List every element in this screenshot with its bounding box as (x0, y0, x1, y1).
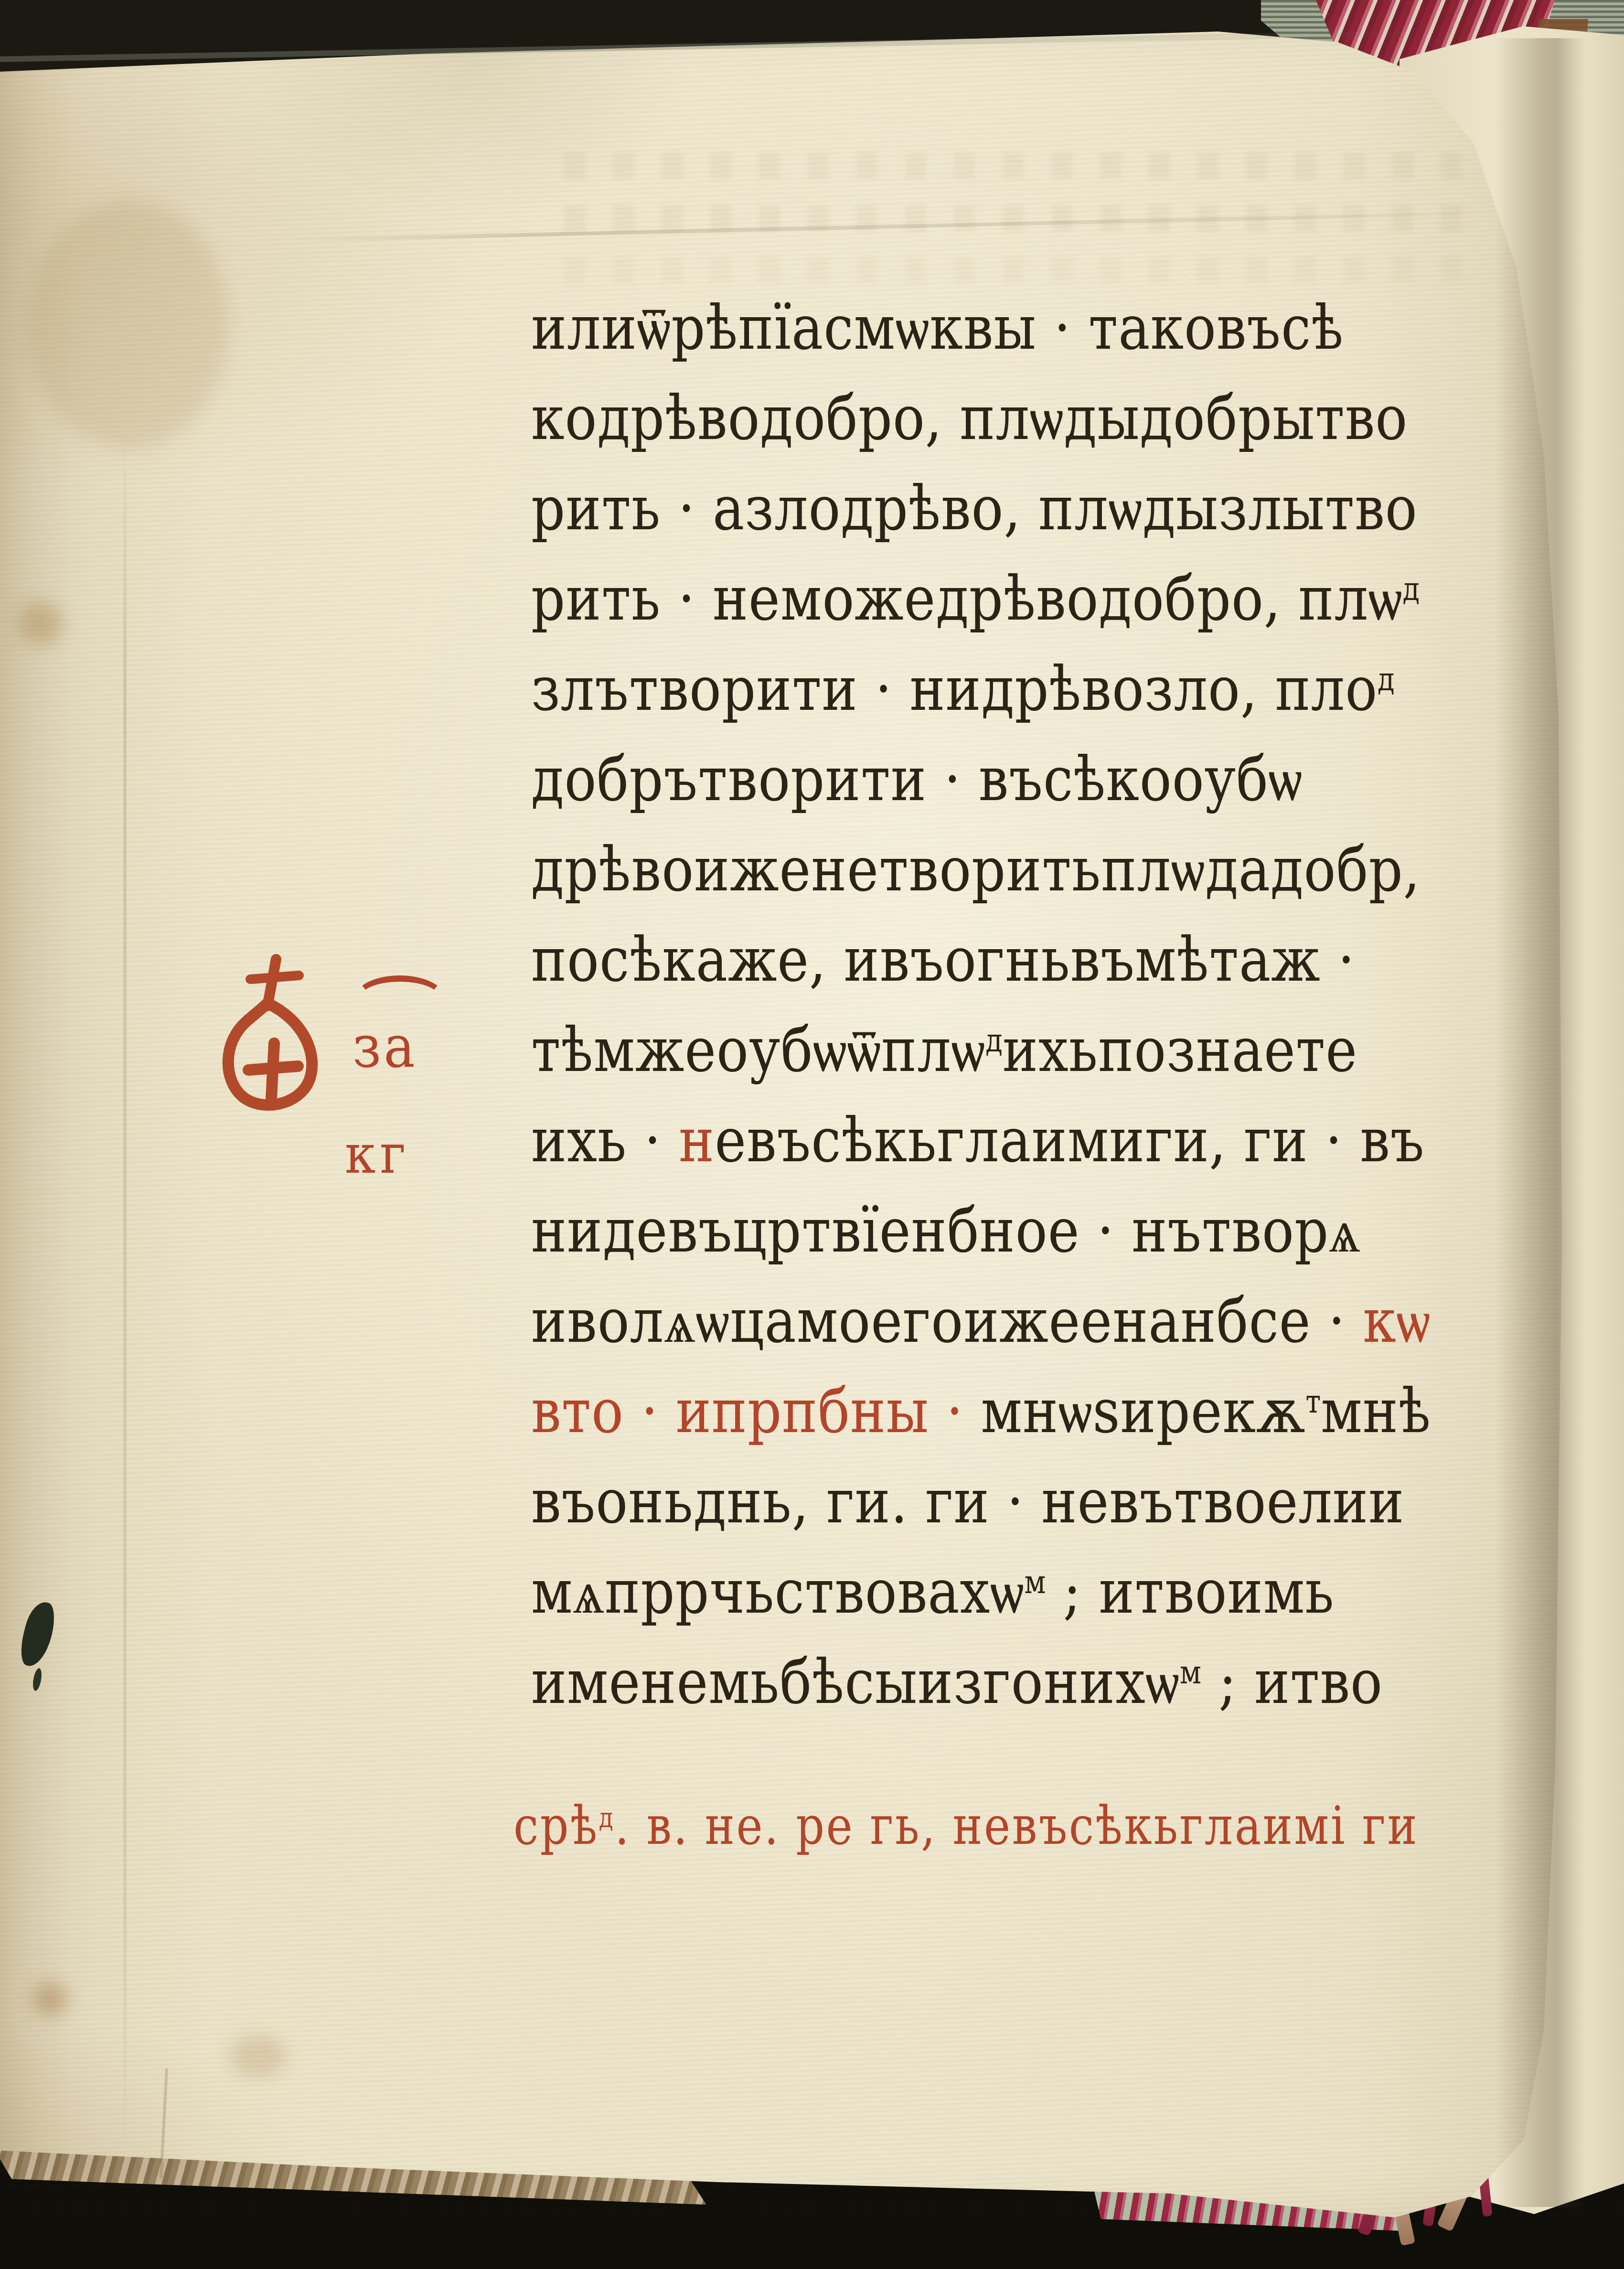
ink-text-segment: въоньднь, ги. ги · невътвоелии (531, 1466, 1404, 1537)
rubric-text-segment: д (599, 1802, 615, 1834)
text-line: рить · азлодрѣво, плѡдызлытво (531, 473, 1418, 544)
text-line: илиѿрѣпїасмѡквы · таковъсѣ (531, 292, 1344, 364)
ink-text-segment: тѣмжеоубѡѿплѡ (531, 1015, 985, 1086)
ink-text-segment: именемьбѣсыизгонихѡ (531, 1647, 1180, 1718)
rubric-text-segment: вто · ипрпбны · (531, 1376, 981, 1447)
ink-text-segment: д (985, 1022, 1003, 1059)
lectionary-rubric-line: срѣд. в. не. ре гь, невъсѣкьглаимі ги (513, 1795, 1419, 1856)
ink-text-segment: дрѣвоиженетворитьплѡдадобр, (531, 834, 1421, 905)
text-line: нидевъцртвїенбное · нътворѧ (531, 1195, 1361, 1266)
ink-text-segment: евъсѣкьглаимиги, ги · въ (715, 1105, 1424, 1176)
text-line: ихь · невъсѣкьглаимиги, ги · въ (531, 1105, 1424, 1176)
text-line: злътворити · нидрѣвозло, плод (531, 653, 1395, 725)
paper-stain (19, 602, 62, 645)
ink-text-segment: злътворити · нидрѣвозло, пло (531, 653, 1378, 725)
rubric-text-segment: кѡ (1363, 1285, 1431, 1357)
ink-text-segment: мѧпррчьствовахѡ (531, 1556, 1025, 1627)
bleed-through (564, 152, 1462, 180)
ink-text-segment: кодрѣводобро, плѡдыдобрытво (531, 383, 1408, 454)
text-line: рить · неможедрѣводобро, плѡд (531, 563, 1420, 634)
ink-text-segment: рить · неможедрѣводобро, плѡ (531, 563, 1402, 634)
ink-text-segment: мнѣ (1321, 1376, 1431, 1447)
ink-text-segment: д (1402, 570, 1420, 608)
zachalo-cross-icon (204, 950, 343, 1117)
ink-text-segment: м (1180, 1654, 1201, 1691)
text-line: тѣмжеоубѡѿплѡдихьпознаете (531, 1015, 1357, 1086)
ink-text-segment: ; итвоимь (1046, 1556, 1335, 1627)
ink-text-segment: иволѧѡцамоегоижеенанбсе · (531, 1285, 1363, 1357)
text-line: посѣкаже, ивъогньвъмѣтаж · (531, 924, 1355, 995)
text-line: кодрѣводобро, плѡдыдобрытво (531, 383, 1408, 454)
ink-text-segment: ихьпознаете (1003, 1015, 1357, 1086)
ink-text-segment: т (1305, 1383, 1321, 1420)
text-line: дрѣвоиженетворитьплѡдадобр, (531, 834, 1421, 905)
ink-text-segment: д (1378, 661, 1395, 698)
rubric-text-segment: срѣ (513, 1795, 599, 1856)
rubric-text-segment: н (679, 1105, 715, 1176)
paper-stain (229, 2035, 287, 2078)
zachalo-label: за (353, 1013, 417, 1081)
ink-text-segment: посѣкаже, ивъогньвъмѣтаж · (531, 924, 1355, 995)
text-line: мѧпррчьствовахѡм ; итвоимь (531, 1556, 1335, 1627)
text-line: вто · ипрпбны · мнѡѕирекѫтмнѣ (531, 1376, 1431, 1447)
ink-text-segment: ; итво (1201, 1647, 1383, 1718)
ink-text-segment: рить · азлодрѣво, плѡдызлытво (531, 473, 1418, 544)
text-line: въоньднь, ги. ги · невътвоелии (531, 1466, 1404, 1537)
page-crease (123, 430, 127, 2159)
ink-text-segment: добрътворити · въсѣкооубѡ (531, 744, 1303, 815)
paper-stain (33, 1982, 67, 2016)
bleed-through (564, 256, 1462, 284)
text-line: добрътворити · въсѣкооубѡ (531, 744, 1303, 815)
ink-text-segment: нидевъцртвїенбное · нътворѧ (531, 1195, 1361, 1266)
ink-text-segment: м (1025, 1563, 1046, 1601)
ink-text-segment: илиѿрѣпїасмѡквы · таковъсѣ (531, 292, 1344, 364)
paper-stain (29, 201, 229, 449)
zachalo-number: кг (345, 1124, 410, 1186)
ink-text-segment: мнѡѕирекѫ (981, 1376, 1306, 1447)
rubric-text-segment: . в. не. ре гь, невъсѣкьглаимі ги (615, 1795, 1419, 1856)
ink-text-segment: ихь · (531, 1105, 679, 1176)
page-fold-shadow (1495, 38, 1586, 2207)
text-line: именемьбѣсыизгонихѡм ; итво (531, 1647, 1383, 1718)
bleed-through (564, 204, 1462, 232)
text-line: иволѧѡцамоегоижеенанбсе · кѡ (531, 1285, 1431, 1357)
